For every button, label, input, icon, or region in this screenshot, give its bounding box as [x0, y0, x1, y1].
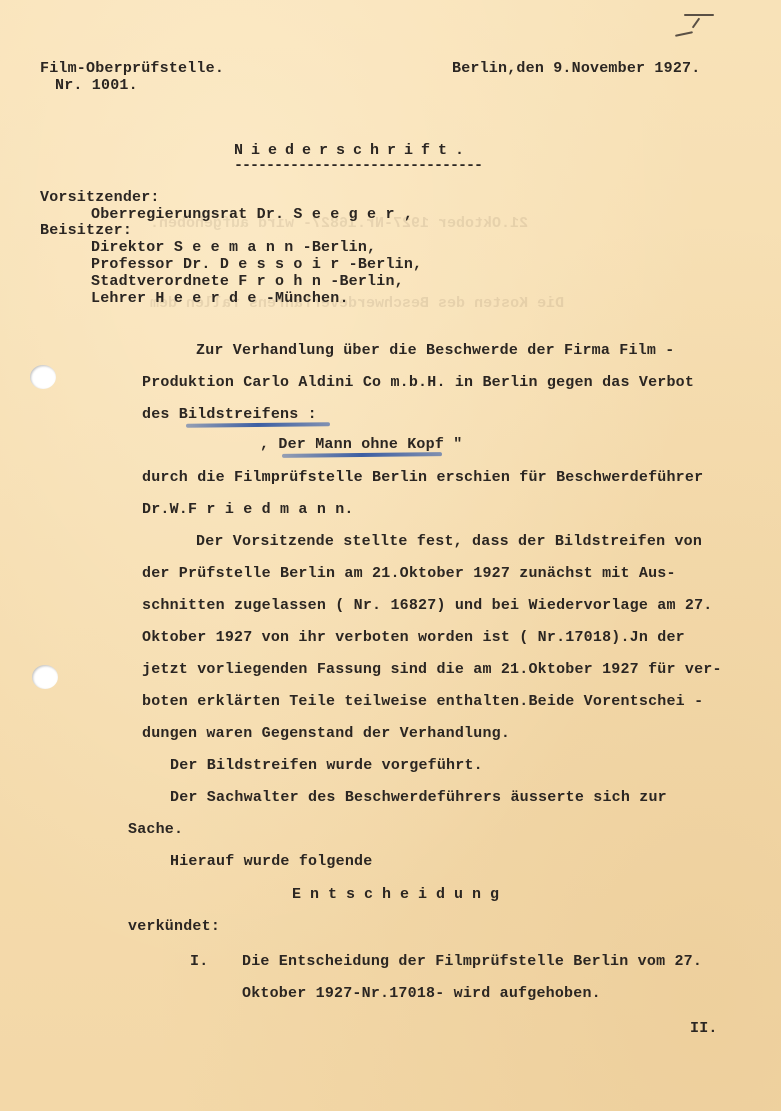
announced-label: verkündet:	[128, 918, 220, 935]
pencil-mark	[684, 14, 714, 16]
body-line: Hierauf wurde folgende	[170, 853, 372, 870]
body-line: Sache.	[128, 821, 183, 838]
punch-hole	[32, 665, 58, 689]
chair-label: Vorsitzender:	[40, 189, 160, 206]
body-line: dungen waren Gegenstand der Verhandlung.	[142, 725, 510, 742]
body-line: Der Vorsitzende stellte fest, dass der B…	[196, 533, 702, 550]
assessor: Direktor S e e m a n n -Berlin,	[91, 239, 376, 256]
document-page: 21.Oktober 1927-Nr.16827- wird aufgehobe…	[0, 0, 781, 1111]
body-line: boten erklärten Teile teilweise enthalte…	[142, 693, 703, 710]
pencil-mark	[692, 18, 701, 29]
chair-name: Oberregierungsrat Dr. S e e g e r ,	[91, 206, 413, 223]
body-line: des Bildstreifens :	[142, 406, 317, 423]
assessor: Stadtverordnete F r o h n -Berlin,	[91, 273, 404, 290]
document-number: Nr. 1001.	[55, 77, 138, 94]
assessors-label: Beisitzer:	[40, 222, 132, 239]
place-date: Berlin,den 9.November 1927.	[452, 60, 700, 77]
assessor: Professor Dr. D e s s o i r -Berlin,	[91, 256, 422, 273]
body-line: Oktober 1927 von ihr verboten worden ist…	[142, 629, 685, 646]
body-line: der Prüfstelle Berlin am 21.Oktober 1927…	[142, 565, 676, 582]
assessor: Lehrer H e e r d e -München.	[91, 290, 349, 307]
body-line: jetzt vorliegenden Fassung sind die am 2…	[142, 661, 722, 678]
continuation-marker: II.	[690, 1020, 718, 1037]
title-rule: -------------------------------	[234, 157, 482, 174]
ruling-text: Die Entscheidung der Filmprüfstelle Berl…	[242, 953, 702, 970]
film-title: , Der Mann ohne Kopf "	[260, 436, 462, 453]
decision-heading: Entscheidung	[292, 886, 508, 903]
body-line: Der Bildstreifen wurde vorgeführt.	[170, 757, 483, 774]
punch-hole	[30, 365, 56, 389]
ruling-number: I.	[190, 953, 208, 970]
blue-pencil-underline	[186, 422, 330, 428]
body-line: durch die Filmprüfstelle Berlin erschien…	[142, 469, 703, 486]
body-line: Der Sachwalter des Beschwerdeführers äus…	[170, 789, 667, 806]
office-name: Film-Oberprüfstelle.	[40, 60, 224, 77]
body-line: Produktion Carlo Aldini Co m.b.H. in Ber…	[142, 374, 694, 391]
pencil-mark	[675, 31, 693, 37]
body-line: Dr.W.F r i e d m a n n.	[142, 501, 354, 518]
body-line: schnitten zugelassen ( Nr. 16827) und be…	[142, 597, 713, 614]
blue-pencil-underline	[282, 452, 442, 458]
body-line: Zur Verhandlung über die Beschwerde der …	[196, 342, 674, 359]
ruling-text: Oktober 1927-Nr.17018- wird aufgehoben.	[242, 985, 601, 1002]
